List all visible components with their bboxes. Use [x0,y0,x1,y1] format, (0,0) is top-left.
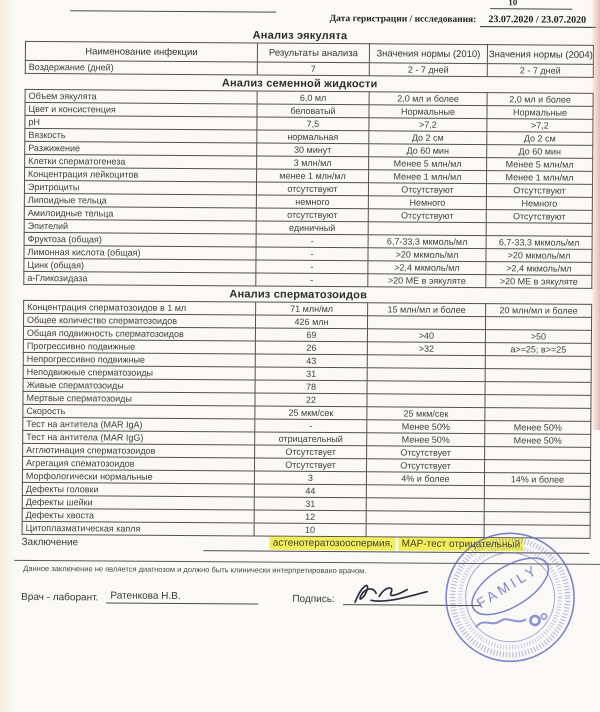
result-cell: - [256,273,368,287]
param-cell: Воздержание (дней) [25,60,257,75]
handwritten-signature-icon [349,580,433,609]
norm-2004-cell: Менее 5 млн/мл [487,158,593,172]
norm-2004-cell: а>=25; в>=25 [485,343,591,357]
norm-2004-cell: Отсутствуют [486,210,592,224]
column-header: Значения нормы (2004) [487,45,593,65]
norm-2010-cell: 25 мкм/сек [367,407,485,421]
norm-2004-cell: Менее 50% [485,434,591,448]
result-cell: Отсутствует [255,445,367,459]
norm-2010-cell: 2 - 7 дней [369,63,487,77]
result-cell: 31 [255,367,367,381]
norm-2010-cell: 4% и более [366,472,484,486]
result-cell: 6,0 мл [257,91,369,105]
result-cell: немного [256,195,368,209]
result-cell: отсутствуют [256,182,368,196]
norm-2010-cell: Немного [368,196,486,210]
top-cutoff-fragment: 10 [508,0,517,7]
param-cell: Фруктоза (общая) [24,232,256,247]
norm-2004-cell [485,382,591,396]
norm-2004-cell [485,395,591,409]
param-cell: Клетки сперматогенеза [25,154,257,169]
column-header: Значения нормы (2010) [369,44,487,64]
result-cell: - [256,260,368,274]
norm-2004-cell: Отсутствуют [486,184,592,198]
param-cell: Цитоплазматическая капля [22,521,254,536]
norm-2010-cell [367,394,485,408]
norm-2004-cell: 20 млн/мл и более [486,304,592,318]
norm-2010-cell [367,316,485,330]
stamp-outer-text-ring [452,539,568,655]
result-cell: 7,5 [257,117,369,131]
norm-2004-cell: 14% и более [484,473,590,487]
result-cell: - [255,419,367,433]
result-cell: беловатый [257,104,369,118]
result-cell: - [256,234,368,248]
norm-2004-cell: >20 МЕ в эякуляте [486,275,592,289]
norm-2010-cell: Отсутствует [366,459,484,473]
param-cell: Непрогрессивно подвижные [23,352,255,367]
norm-2010-cell: >40 [367,329,485,343]
result-cell: единичный [256,221,368,235]
param-cell: Морфологически нормальные [22,469,254,484]
norm-2010-cell [367,368,485,382]
norm-2010-cell: До 60 мин [369,144,487,158]
result-cell: менее 1 млн/мл [257,169,369,183]
norm-2010-cell: 2,0 мл и более [369,92,487,106]
result-cell: 78 [255,380,367,394]
norm-2010-cell: >7,2 [369,118,487,132]
norm-2004-cell: 2,0 мл и более [487,93,593,107]
param-cell: Эритроциты [24,180,256,195]
result-cell: 26 [255,341,367,355]
result-cell: 69 [255,328,367,342]
norm-2010-cell: Отсутствуют [368,183,486,197]
norm-2004-cell [484,499,590,513]
stamp-center-label: FAMILY [474,561,542,611]
norm-2010-cell: >2,4 мкмоль/мл [368,261,486,275]
norm-2010-cell: Отсутствует [367,446,485,460]
norm-2004-cell [485,408,591,422]
norm-2010-cell: 15 млн/мл и более [368,303,486,317]
result-cell: 3 млн/мл [257,156,369,170]
table-row: Воздержание (дней)72 - 7 дней2 - 7 дней [25,60,593,77]
param-cell: Дефекты головки [22,482,254,497]
result-cell: Отсутствует [254,458,366,472]
param-cell: Концентрация сперматозоидов в 1 мл [24,300,256,315]
signature-label: Подпись: [292,594,334,605]
param-cell: Тест на антитела (MAR IgA) [23,417,255,432]
result-cell: 3 [254,471,366,485]
result-cell: 43 [255,354,367,368]
norm-2004-cell [485,356,591,370]
column-header: Наименование инфекции [25,41,257,62]
norm-2010-cell: Отсутствуют [368,209,486,223]
norm-2010-cell: Менее 1 млн/мл [369,170,487,184]
date-label: Дата геристрации / исследования: [330,14,477,25]
norm-2004-cell: >20 мкмоль/мл [486,249,592,263]
result-cell: - [256,247,368,261]
norm-2010-cell: До 2 см [369,131,487,145]
param-cell: Липоидные тельца [24,193,256,208]
result-cell: 10 [254,523,366,537]
param-cell: Неподвижные сперматозоиды [23,365,255,380]
norm-2004-cell: >7,2 [487,119,593,133]
norm-2010-cell: Менее 50% [367,420,485,434]
param-cell: Вязкость [25,128,257,143]
norm-2004-cell: >2,4 мкмоль/мл [486,262,592,276]
param-cell: Разжижение [25,141,257,156]
param-cell: Эпителий [24,219,256,234]
norm-2004-cell: Немного [486,197,592,211]
param-cell: Дефекты шейки [22,495,254,510]
norm-2004-cell [486,223,592,237]
norm-2004-cell [484,460,590,474]
norm-2004-cell: Нормальные [487,106,593,120]
norm-2004-cell: 2 - 7 дней [487,64,593,78]
param-cell: Мертвые сперматозоиды [23,391,255,406]
result-cell: 44 [254,484,366,498]
norm-2004-cell: Менее 1 млн/мл [487,171,593,185]
norm-2010-cell: >20 МЕ в эякуляте [368,274,486,288]
param-cell: Лимонная кислота (общая) [24,245,256,260]
norm-2010-cell [367,381,485,395]
results-table: Объем эякулята6,0 мл2,0 мл и более2,0 мл… [23,89,593,289]
clinic-round-stamp: FAMILY [440,527,581,668]
norm-2004-cell: До 2 см [487,132,593,146]
column-header: Результаты анализа [257,43,369,63]
norm-2010-cell [366,485,484,499]
result-cell: 30 минут [257,143,369,157]
result-cell: отсутствуют [256,208,368,222]
norm-2010-cell: Менее 50% [367,433,485,447]
param-cell: Агглютинация сперматозоидов [23,443,255,458]
param-cell: Тест на антитела (MAR IgG) [23,430,255,445]
date-value: 23.07.2020 / 23.07.2020 [480,14,596,28]
result-cell: 25 мкм/сек [255,406,367,420]
result-cell: 71 млн/мл [256,302,368,316]
doctor-label: Врач - лаборант. [21,592,98,604]
result-cell: 12 [254,510,366,524]
param-cell: Цинк (общая) [24,258,256,273]
norm-2010-cell: Нормальные [369,105,487,119]
norm-2004-cell [484,486,590,500]
registration-date-row: Дата геристрации / исследования:23.07.20… [0,6,596,28]
param-cell: Агрегация спематозоидов [23,456,255,471]
result-cell: отрицательный [255,432,367,446]
norm-2010-cell [368,222,486,236]
norm-2004-cell: >50 [485,330,591,344]
param-cell: Амилоидные тельца [24,206,256,221]
conclusion-highlight-1: астенотератозооспермия, [270,537,396,551]
param-cell: Прогрессивно подвижные [23,339,255,354]
norm-2004-cell [485,447,591,461]
norm-2004-cell [485,317,591,331]
results-table: Наименование инфекцииРезультаты анализаЗ… [25,41,594,78]
result-cell: 22 [255,393,367,407]
scanned-report-page: 10 Дата геристрации / исследования:23.07… [0,0,600,712]
norm-2010-cell: Менее 5 млн/мл [369,157,487,171]
norm-2010-cell [367,355,485,369]
param-cell: Общее количество сперматозоидов [24,313,256,328]
norm-2004-cell [485,369,591,383]
param-cell: Общая подвижность сперматозоидов [23,326,255,341]
norm-2010-cell [366,498,484,512]
conclusion-label: Заключение [21,537,203,551]
param-cell: Скорость [23,404,255,419]
result-cell: 426 млн [255,315,367,329]
doctor-name: Ратенкова Н.В. [106,590,258,604]
norm-2004-cell [484,512,590,526]
result-cell: 31 [254,497,366,511]
result-cell: нормальная [257,130,369,144]
norm-2004-cell: Менее 50% [485,421,591,435]
param-cell: а-Гликозидаза [24,271,256,286]
param-cell: Живые сперматозоиды [23,378,255,393]
param-cell: Объем эякулята [25,89,257,104]
param-cell: Цвет и консистенция [25,102,257,117]
results-table: Концентрация сперматозоидов в 1 мл71 млн… [22,300,593,539]
stamp-signature-squiggle [476,619,526,627]
norm-2010-cell: 6,7-33,3 мкмоль/мл [368,235,486,249]
norm-2010-cell: >32 [367,342,485,356]
norm-2004-cell: До 60 мин [487,145,593,159]
norm-2010-cell [366,511,484,525]
analysis-sections: Анализ эякулятаНаименование инфекцииРезу… [0,26,600,539]
param-cell: Концентрация лейкоцитов [25,167,257,182]
norm-2004-cell: 6,7-33,3 мкмоль/мл [486,236,592,250]
result-cell: 7 [257,62,369,76]
param-cell: Дефекты хвоста [22,508,254,523]
norm-2010-cell: >20 мкмоль/мл [368,248,486,262]
